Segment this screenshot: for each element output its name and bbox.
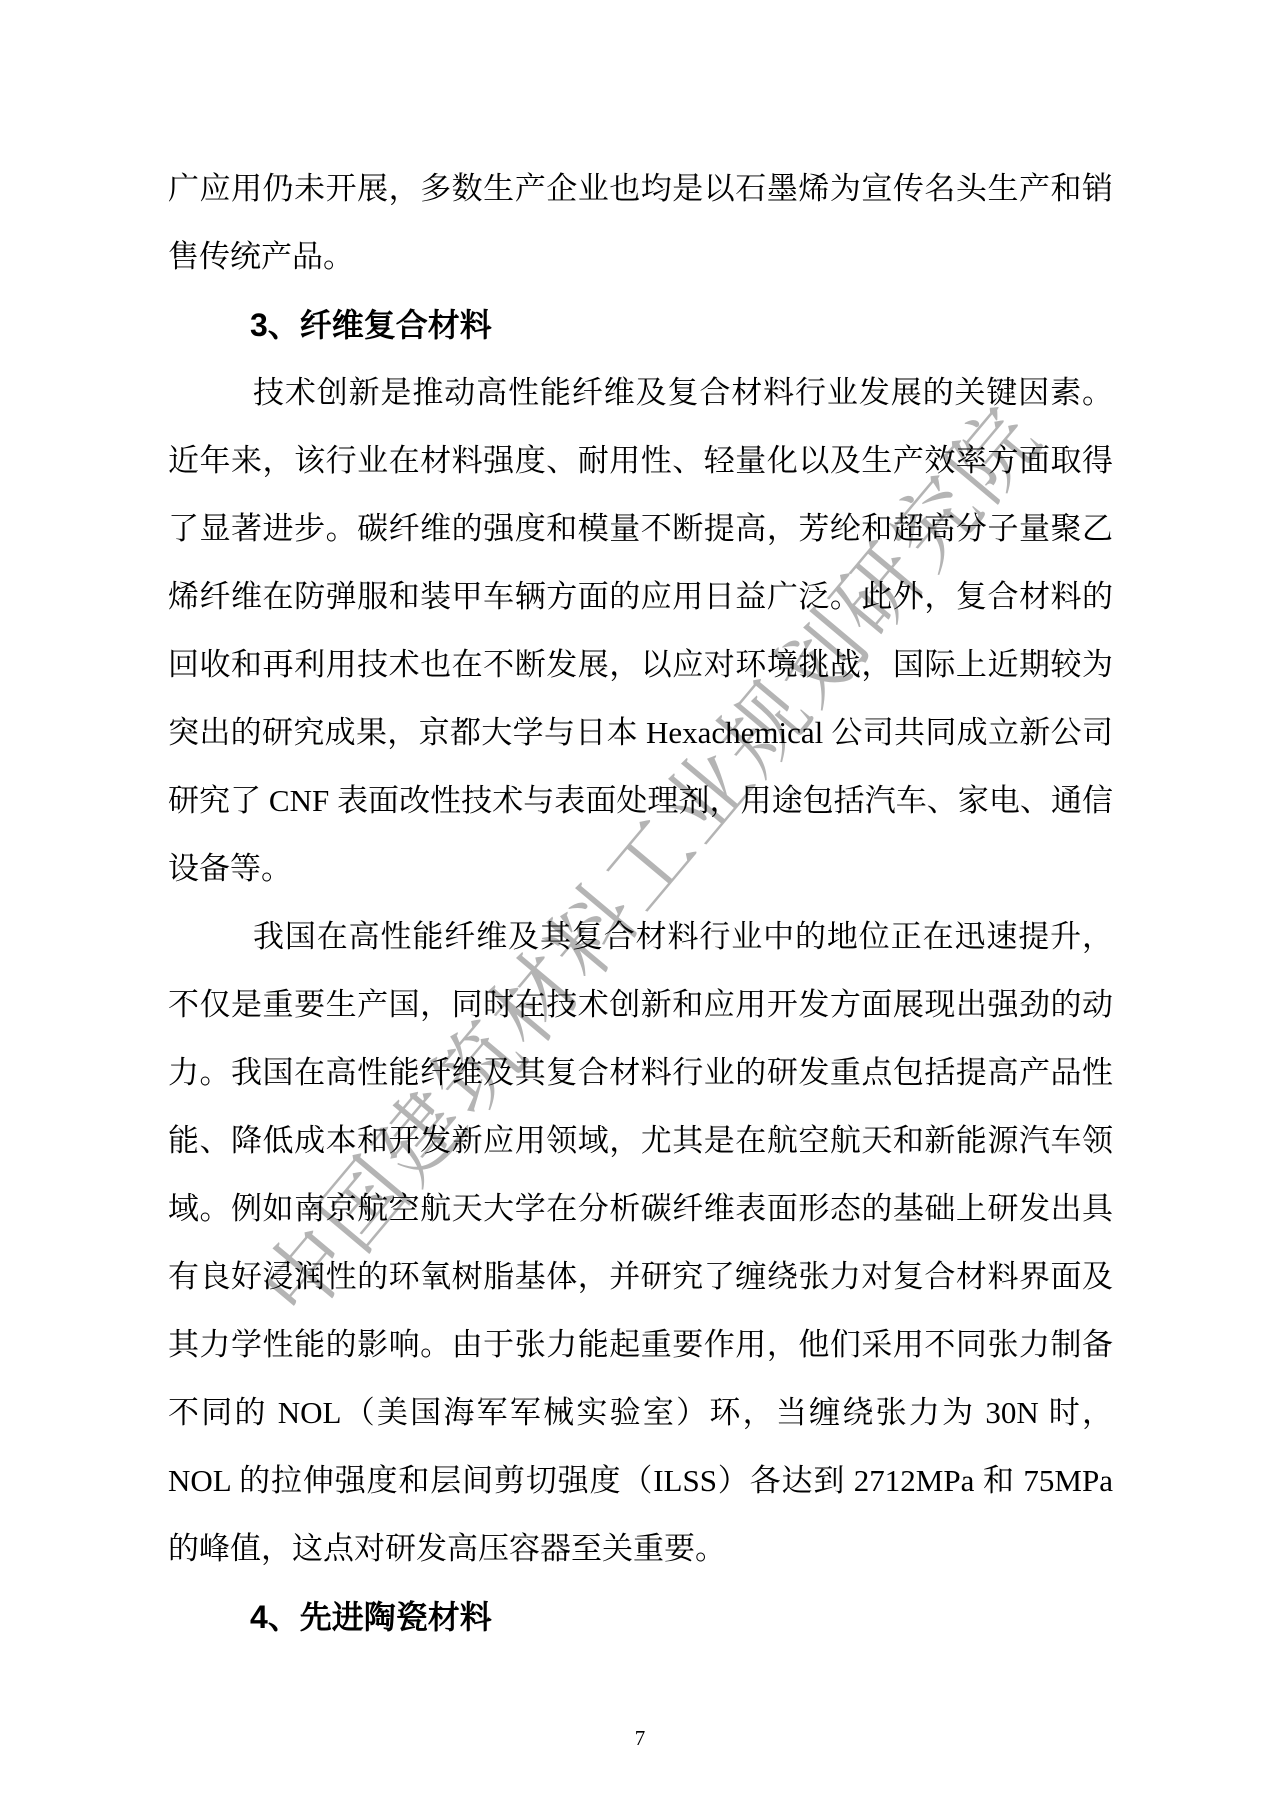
page-number: 7 xyxy=(635,1726,646,1750)
paragraph-continuation: 广应用仍未开展，多数生产企业也均是以石墨烯为宣传名头生产和销售传统产品。 xyxy=(168,155,1113,291)
document-page: 中国建筑材料工业规划研究院 广应用仍未开展，多数生产企业也均是以石墨烯为宣传名头… xyxy=(0,0,1280,1810)
page-footer: 7 xyxy=(0,1726,1280,1751)
section-heading-fiber-composites: 3、纤维复合材料 xyxy=(168,291,1113,359)
document-body: 广应用仍未开展，多数生产企业也均是以石墨烯为宣传名头生产和销售传统产品。 3、纤… xyxy=(168,155,1113,1651)
section-heading-advanced-ceramics: 4、先进陶瓷材料 xyxy=(168,1583,1113,1651)
paragraph-tech-innovation: 技术创新是推动高性能纤维及复合材料行业发展的关键因素。近年来，该行业在材料强度、… xyxy=(168,359,1113,903)
paragraph-china-position: 我国在高性能纤维及其复合材料行业中的地位正在迅速提升，不仅是重要生产国，同时在技… xyxy=(168,903,1113,1583)
